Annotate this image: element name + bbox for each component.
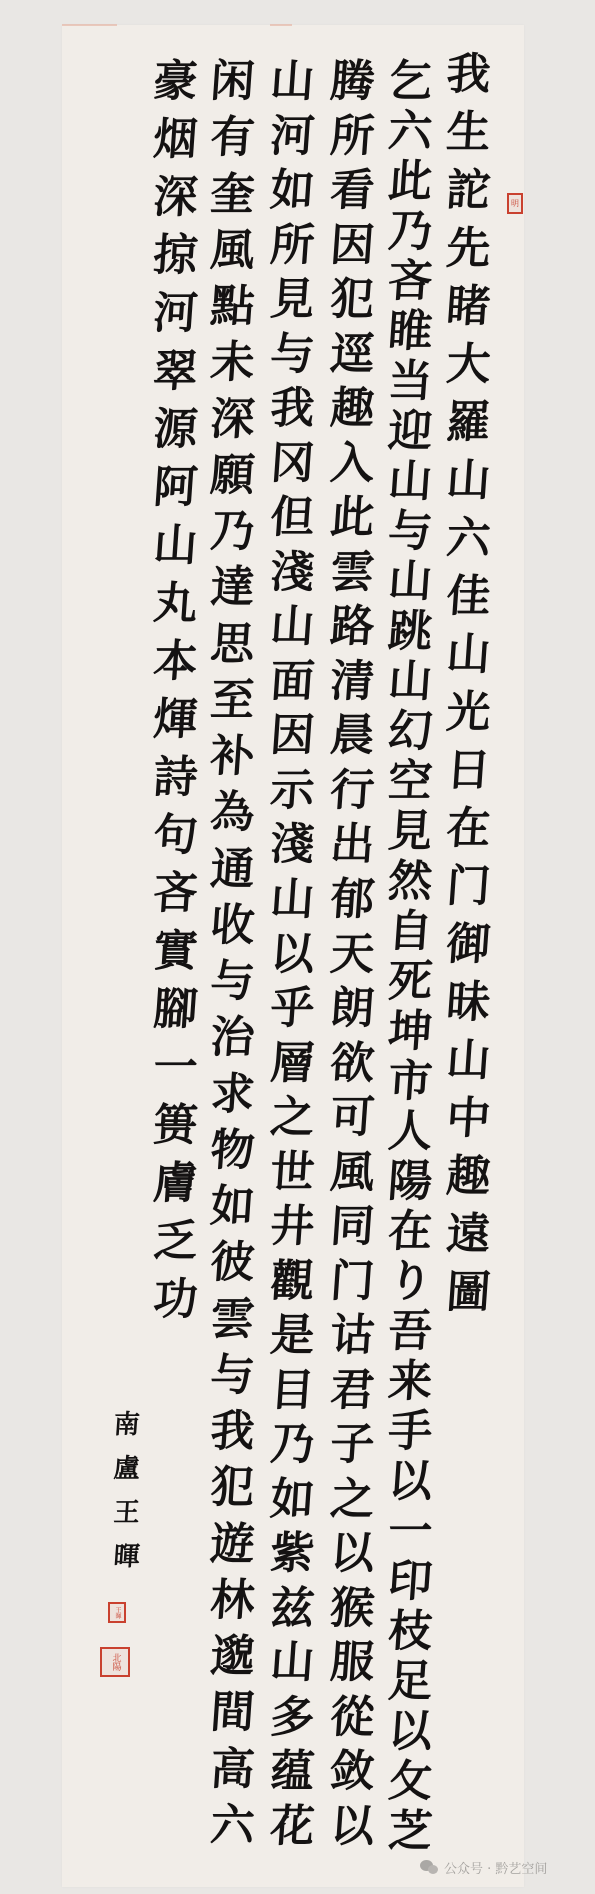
name-seal: 王暉 [108, 1602, 126, 1623]
calligraphy-character: 兹 [268, 1587, 316, 1642]
calligraphy-character: 丸 [151, 582, 199, 640]
calligraphy-character: 坤 [386, 1010, 433, 1060]
calligraphy-character: 山 [444, 633, 492, 691]
calligraphy-character: 门 [328, 1260, 376, 1315]
calligraphy-character: 朗 [328, 987, 376, 1042]
calligraphy-character: 先 [444, 227, 492, 285]
calligraphy-character: 從 [328, 1696, 376, 1751]
calligraphy-character: 阿 [151, 466, 199, 524]
calligraphy-character: 雲 [328, 551, 376, 606]
calligraphy-character: 我 [268, 387, 316, 442]
calligraphy-character: 為 [208, 791, 256, 847]
calligraphy-character: 与 [208, 960, 256, 1016]
calligraphy-character: 在 [386, 1210, 433, 1260]
calligraphy-character: 煇 [151, 698, 199, 756]
watermark-text: 公众号 · 黔艺空间 [444, 1858, 547, 1877]
calligraphy-character: 猴 [328, 1587, 376, 1642]
calligraphy-character: 山 [268, 1641, 316, 1696]
calligraphy-character: 趣 [444, 1155, 492, 1213]
calligraphy-character: 篑 [151, 1104, 199, 1162]
calligraphy-column: 乞六此乃吝睢当迎山与山跳山幻空見然自死坤市人陽在り吾来手以一印枝足以攵芝 [388, 60, 432, 1860]
calligraphy-character: 然 [386, 860, 433, 910]
calligraphy-column: 豪烟深掠河翠源阿山丸本煇詩句吝實腳一篑膚乏功 [153, 60, 197, 1336]
calligraphy-character: 至 [208, 679, 256, 735]
calligraphy-character: 遊 [208, 1523, 256, 1579]
calligraphy-character: 腾 [328, 60, 376, 115]
calligraphy-character: 有 [208, 116, 256, 172]
calligraphy-character: 河 [268, 115, 316, 170]
calligraphy-character: 膚 [151, 1162, 199, 1220]
calligraphy-character: 在 [444, 807, 492, 865]
signature-character: 暉 [111, 1544, 140, 1588]
calligraphy-character: 六 [444, 517, 492, 575]
calligraphy-character: 乏 [151, 1220, 199, 1278]
calligraphy-character: 睢 [386, 310, 433, 360]
calligraphy-character: 自 [386, 910, 433, 960]
calligraphy-character: 此 [386, 160, 433, 210]
calligraphy-character: 羅 [444, 401, 492, 459]
signature-column: 南盧王暉 [112, 1412, 140, 1588]
calligraphy-character: 中 [444, 1097, 492, 1155]
calligraphy-character: 世 [268, 1151, 316, 1206]
calligraphy-character: 因 [328, 224, 376, 279]
calligraphy-character: 豪 [151, 60, 199, 118]
calligraphy-character: 花 [268, 1805, 316, 1860]
calligraphy-character: 路 [328, 605, 376, 660]
calligraphy-character: 死 [386, 960, 433, 1010]
calligraphy-character: 与 [268, 333, 316, 388]
calligraphy-character: 人 [386, 1110, 433, 1160]
calligraphy-character: 之 [268, 1096, 316, 1151]
calligraphy-character: 山 [151, 524, 199, 582]
calligraphy-character: 佳 [444, 575, 492, 633]
calligraphy-character: 足 [386, 1660, 433, 1710]
calligraphy-character: 服 [328, 1641, 376, 1696]
calligraphy-character: 淺 [268, 551, 316, 606]
calligraphy-character: 逕 [328, 333, 376, 388]
seal-text: 北陽 [111, 1653, 120, 1671]
calligraphy-character: 林 [208, 1579, 256, 1635]
signature-character: 盧 [111, 1456, 140, 1500]
calligraphy-character: 君 [328, 1369, 376, 1424]
calligraphy-character: 句 [151, 814, 199, 872]
calligraphy-character: 欲 [328, 1042, 376, 1097]
calligraphy-character: 光 [444, 691, 492, 749]
calligraphy-character: 高 [208, 1748, 256, 1804]
calligraphy-character: 出 [328, 823, 376, 878]
calligraphy-character: 如 [208, 1185, 256, 1241]
calligraphy-character: 腳 [151, 988, 199, 1046]
calligraphy-character: 治 [208, 1016, 256, 1072]
calligraphy-character: 以 [386, 1460, 433, 1510]
calligraphy-character: 市 [386, 1060, 433, 1110]
calligraphy-character: 入 [328, 442, 376, 497]
calligraphy-character: 可 [328, 1096, 376, 1151]
calligraphy-character: 跳 [386, 610, 433, 660]
calligraphy-character: 達 [208, 566, 256, 622]
calligraphy-character: 奎 [208, 173, 256, 229]
calligraphy-column: 山河如所見与我冈但淺山面因示淺山以乎層之世井觀是目乃如紫兹山多蕴花 [270, 60, 314, 1860]
calligraphy-character: 山 [386, 660, 433, 710]
calligraphy-character: 觀 [268, 1260, 316, 1315]
calligraphy-character: 深 [208, 398, 256, 454]
calligraphy-character: 看 [328, 169, 376, 224]
calligraphy-character: 趣 [328, 387, 376, 442]
calligraphy-character: 雲 [208, 1298, 256, 1354]
calligraphy-character: 子 [328, 1423, 376, 1478]
calligraphy-character: 与 [386, 510, 433, 560]
calligraphy-character: 山 [268, 878, 316, 933]
calligraphy-character: 實 [151, 930, 199, 988]
calligraphy-character: 間 [208, 1691, 256, 1747]
calligraphy-character: 我 [444, 53, 492, 111]
calligraphy-character: 吾 [386, 1310, 433, 1360]
calligraphy-character: 河 [151, 292, 199, 350]
calligraphy-character: 彼 [208, 1241, 256, 1297]
calligraphy-character: 思 [208, 623, 256, 679]
calligraphy-character: 遠 [444, 1213, 492, 1271]
calligraphy-character: 我 [208, 1410, 256, 1466]
paper-edge-mark [270, 24, 292, 26]
calligraphy-character: 枝 [386, 1610, 433, 1660]
calligraphy-character: 面 [268, 660, 316, 715]
calligraphy-character: 印 [386, 1560, 433, 1610]
calligraphy-character: 陽 [386, 1160, 433, 1210]
calligraphy-character: 补 [208, 735, 256, 791]
calligraphy-character: 清 [328, 660, 376, 715]
calligraphy-character: 以 [328, 1805, 376, 1860]
calligraphy-character: 闲 [208, 60, 256, 116]
calligraphy-character: 与 [208, 1354, 256, 1410]
signature-character: 南 [111, 1412, 140, 1456]
calligraphy-character: 以 [386, 1710, 433, 1760]
calligraphy-character: 本 [151, 640, 199, 698]
calligraphy-character: 一 [386, 1510, 433, 1560]
calligraphy-character: 詩 [151, 756, 199, 814]
calligraphy-character: 以 [328, 1532, 376, 1587]
calligraphy-paper: 我生詑先睹大羅山六佳山光日在门御昧山中趣遠圖乞六此乃吝睢当迎山与山跳山幻空見然自… [62, 25, 524, 1887]
calligraphy-character: 邈 [208, 1635, 256, 1691]
calligraphy-character: 六 [386, 110, 433, 160]
calligraphy-character: 山 [386, 560, 433, 610]
calligraphy-character: 芝 [386, 1810, 433, 1860]
calligraphy-character: 同 [328, 1205, 376, 1260]
calligraphy-character: 烟 [151, 118, 199, 176]
calligraphy-character: 生 [444, 111, 492, 169]
calligraphy-character: 如 [268, 1478, 316, 1533]
calligraphy-character: 見 [268, 278, 316, 333]
calligraphy-column: 闲有奎風點未深願乃達思至补為通收与治求物如彼雲与我犯遊林邈間高六 [210, 60, 254, 1860]
calligraphy-character: 空 [386, 760, 433, 810]
calligraphy-character: 願 [208, 454, 256, 510]
wechat-icon [420, 1860, 440, 1875]
calligraphy-character: 風 [328, 1151, 376, 1206]
calligraphy-character: 是 [268, 1314, 316, 1369]
calligraphy-character: 日 [444, 749, 492, 807]
calligraphy-character: 昧 [444, 981, 492, 1039]
calligraphy-character: 紫 [268, 1532, 316, 1587]
calligraphy-character: 幻 [386, 710, 433, 760]
calligraphy-character: 乃 [208, 510, 256, 566]
calligraphy-character: 掠 [151, 234, 199, 292]
calligraphy-column: 我生詑先睹大羅山六佳山光日在门御昧山中趣遠圖 [446, 53, 490, 1329]
calligraphy-character: 冈 [268, 442, 316, 497]
calligraphy-character: 乃 [268, 1423, 316, 1478]
calligraphy-character: 蕴 [268, 1750, 316, 1805]
calligraphy-character: 郁 [328, 878, 376, 933]
paper-edge-mark [62, 24, 117, 26]
calligraphy-character: 乃 [386, 210, 433, 260]
calligraphy-character: 物 [208, 1129, 256, 1185]
signature-character: 王 [111, 1500, 140, 1544]
seal-text: 王暉 [114, 1607, 120, 1619]
watermark: 公众号 · 黔艺空间 [420, 1858, 547, 1877]
calligraphy-character: 大 [444, 343, 492, 401]
calligraphy-character: 吝 [151, 872, 199, 930]
calligraphy-character: 山 [444, 1039, 492, 1097]
calligraphy-character: 山 [268, 605, 316, 660]
calligraphy-character: 源 [151, 408, 199, 466]
calligraphy-character: 睹 [444, 285, 492, 343]
calligraphy-character: 因 [268, 714, 316, 769]
calligraphy-character: 未 [208, 341, 256, 397]
calligraphy-character: 吝 [386, 260, 433, 310]
calligraphy-character: 目 [268, 1369, 316, 1424]
calligraphy-character: 犯 [328, 278, 376, 333]
calligraphy-character: 層 [268, 1042, 316, 1097]
calligraphy-character: 晨 [328, 714, 376, 769]
calligraphy-character: 攵 [386, 1760, 433, 1810]
seal-text: 明 [511, 200, 519, 208]
calligraphy-character: 所 [328, 115, 376, 170]
calligraphy-column: 腾所看因犯逕趣入此雲路清晨行出郁天朗欲可風同门诂君子之以猴服從敛以 [330, 60, 374, 1860]
calligraphy-character: 以 [268, 933, 316, 988]
calligraphy-character: 山 [268, 60, 316, 115]
calligraphy-character: 六 [208, 1804, 256, 1860]
calligraphy-character: 山 [386, 460, 433, 510]
calligraphy-character: 当 [386, 360, 433, 410]
calligraphy-character: 之 [328, 1478, 376, 1533]
studio-seal: 北陽 [100, 1647, 130, 1677]
calligraphy-character: 收 [208, 904, 256, 960]
calligraphy-character: 乞 [386, 60, 433, 110]
calligraphy-character: 點 [208, 285, 256, 341]
calligraphy-character: 詑 [444, 169, 492, 227]
calligraphy-character: 此 [328, 496, 376, 551]
calligraphy-character: り [386, 1260, 433, 1310]
calligraphy-character: 犯 [208, 1466, 256, 1522]
calligraphy-character: 但 [268, 496, 316, 551]
calligraphy-character: 迎 [386, 410, 433, 460]
calligraphy-character: 淺 [268, 823, 316, 878]
calligraphy-character: 山 [444, 459, 492, 517]
leading-seal: 明 [507, 193, 523, 214]
calligraphy-character: 行 [328, 769, 376, 824]
calligraphy-character: 如 [268, 169, 316, 224]
calligraphy-character: 诂 [328, 1314, 376, 1369]
calligraphy-character: 井 [268, 1205, 316, 1260]
calligraphy-character: 通 [208, 848, 256, 904]
calligraphy-character: 手 [386, 1410, 433, 1460]
calligraphy-character: 门 [444, 865, 492, 923]
calligraphy-character: 来 [386, 1360, 433, 1410]
calligraphy-character: 多 [268, 1696, 316, 1751]
calligraphy-character: 深 [151, 176, 199, 234]
calligraphy-character: 功 [151, 1278, 199, 1336]
calligraphy-character: 所 [268, 224, 316, 279]
calligraphy-character: 御 [444, 923, 492, 981]
calligraphy-character: 敛 [328, 1750, 376, 1805]
calligraphy-character: 風 [208, 229, 256, 285]
calligraphy-character: 見 [386, 810, 433, 860]
calligraphy-character: 圖 [444, 1271, 492, 1329]
calligraphy-character: 一 [151, 1046, 199, 1104]
calligraphy-character: 乎 [268, 987, 316, 1042]
calligraphy-character: 翠 [151, 350, 199, 408]
calligraphy-character: 示 [268, 769, 316, 824]
calligraphy-character: 天 [328, 933, 376, 988]
calligraphy-character: 求 [208, 1073, 256, 1129]
